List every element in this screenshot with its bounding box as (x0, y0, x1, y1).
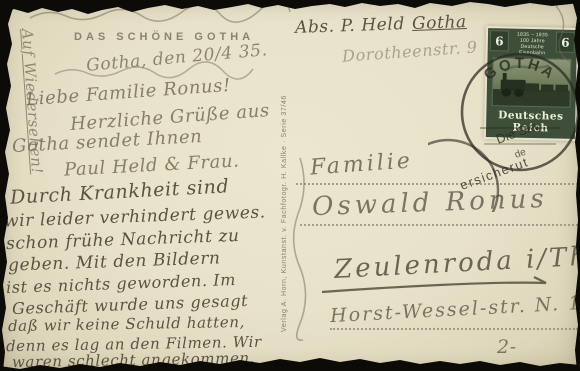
postmark: GOTHA Die Sta de ersicherut (428, 40, 580, 212)
address-rule-3 (330, 328, 578, 330)
postcard-scan: DAS SCHÖNE GOTHA Verlag A. Horn, Kunstan… (0, 0, 580, 371)
address-rule-2 (300, 224, 578, 226)
sender-town: Gotha (412, 12, 467, 34)
postmark-slogan-line3: ersicherut (458, 154, 531, 193)
publisher-credit: Verlag A. Horn, Kunstanst. v. Fachfotogr… (281, 32, 288, 332)
postmark-town-text: GOTHA (481, 55, 559, 84)
sender-line: Abs. P. Held (295, 14, 406, 38)
printed-title: DAS SCHÖNE GOTHA (74, 31, 254, 43)
address-note: 2- (497, 336, 517, 358)
postmark-slogan-line1: Die Sta (494, 118, 540, 147)
postmark-town: GOTHA (481, 55, 559, 84)
